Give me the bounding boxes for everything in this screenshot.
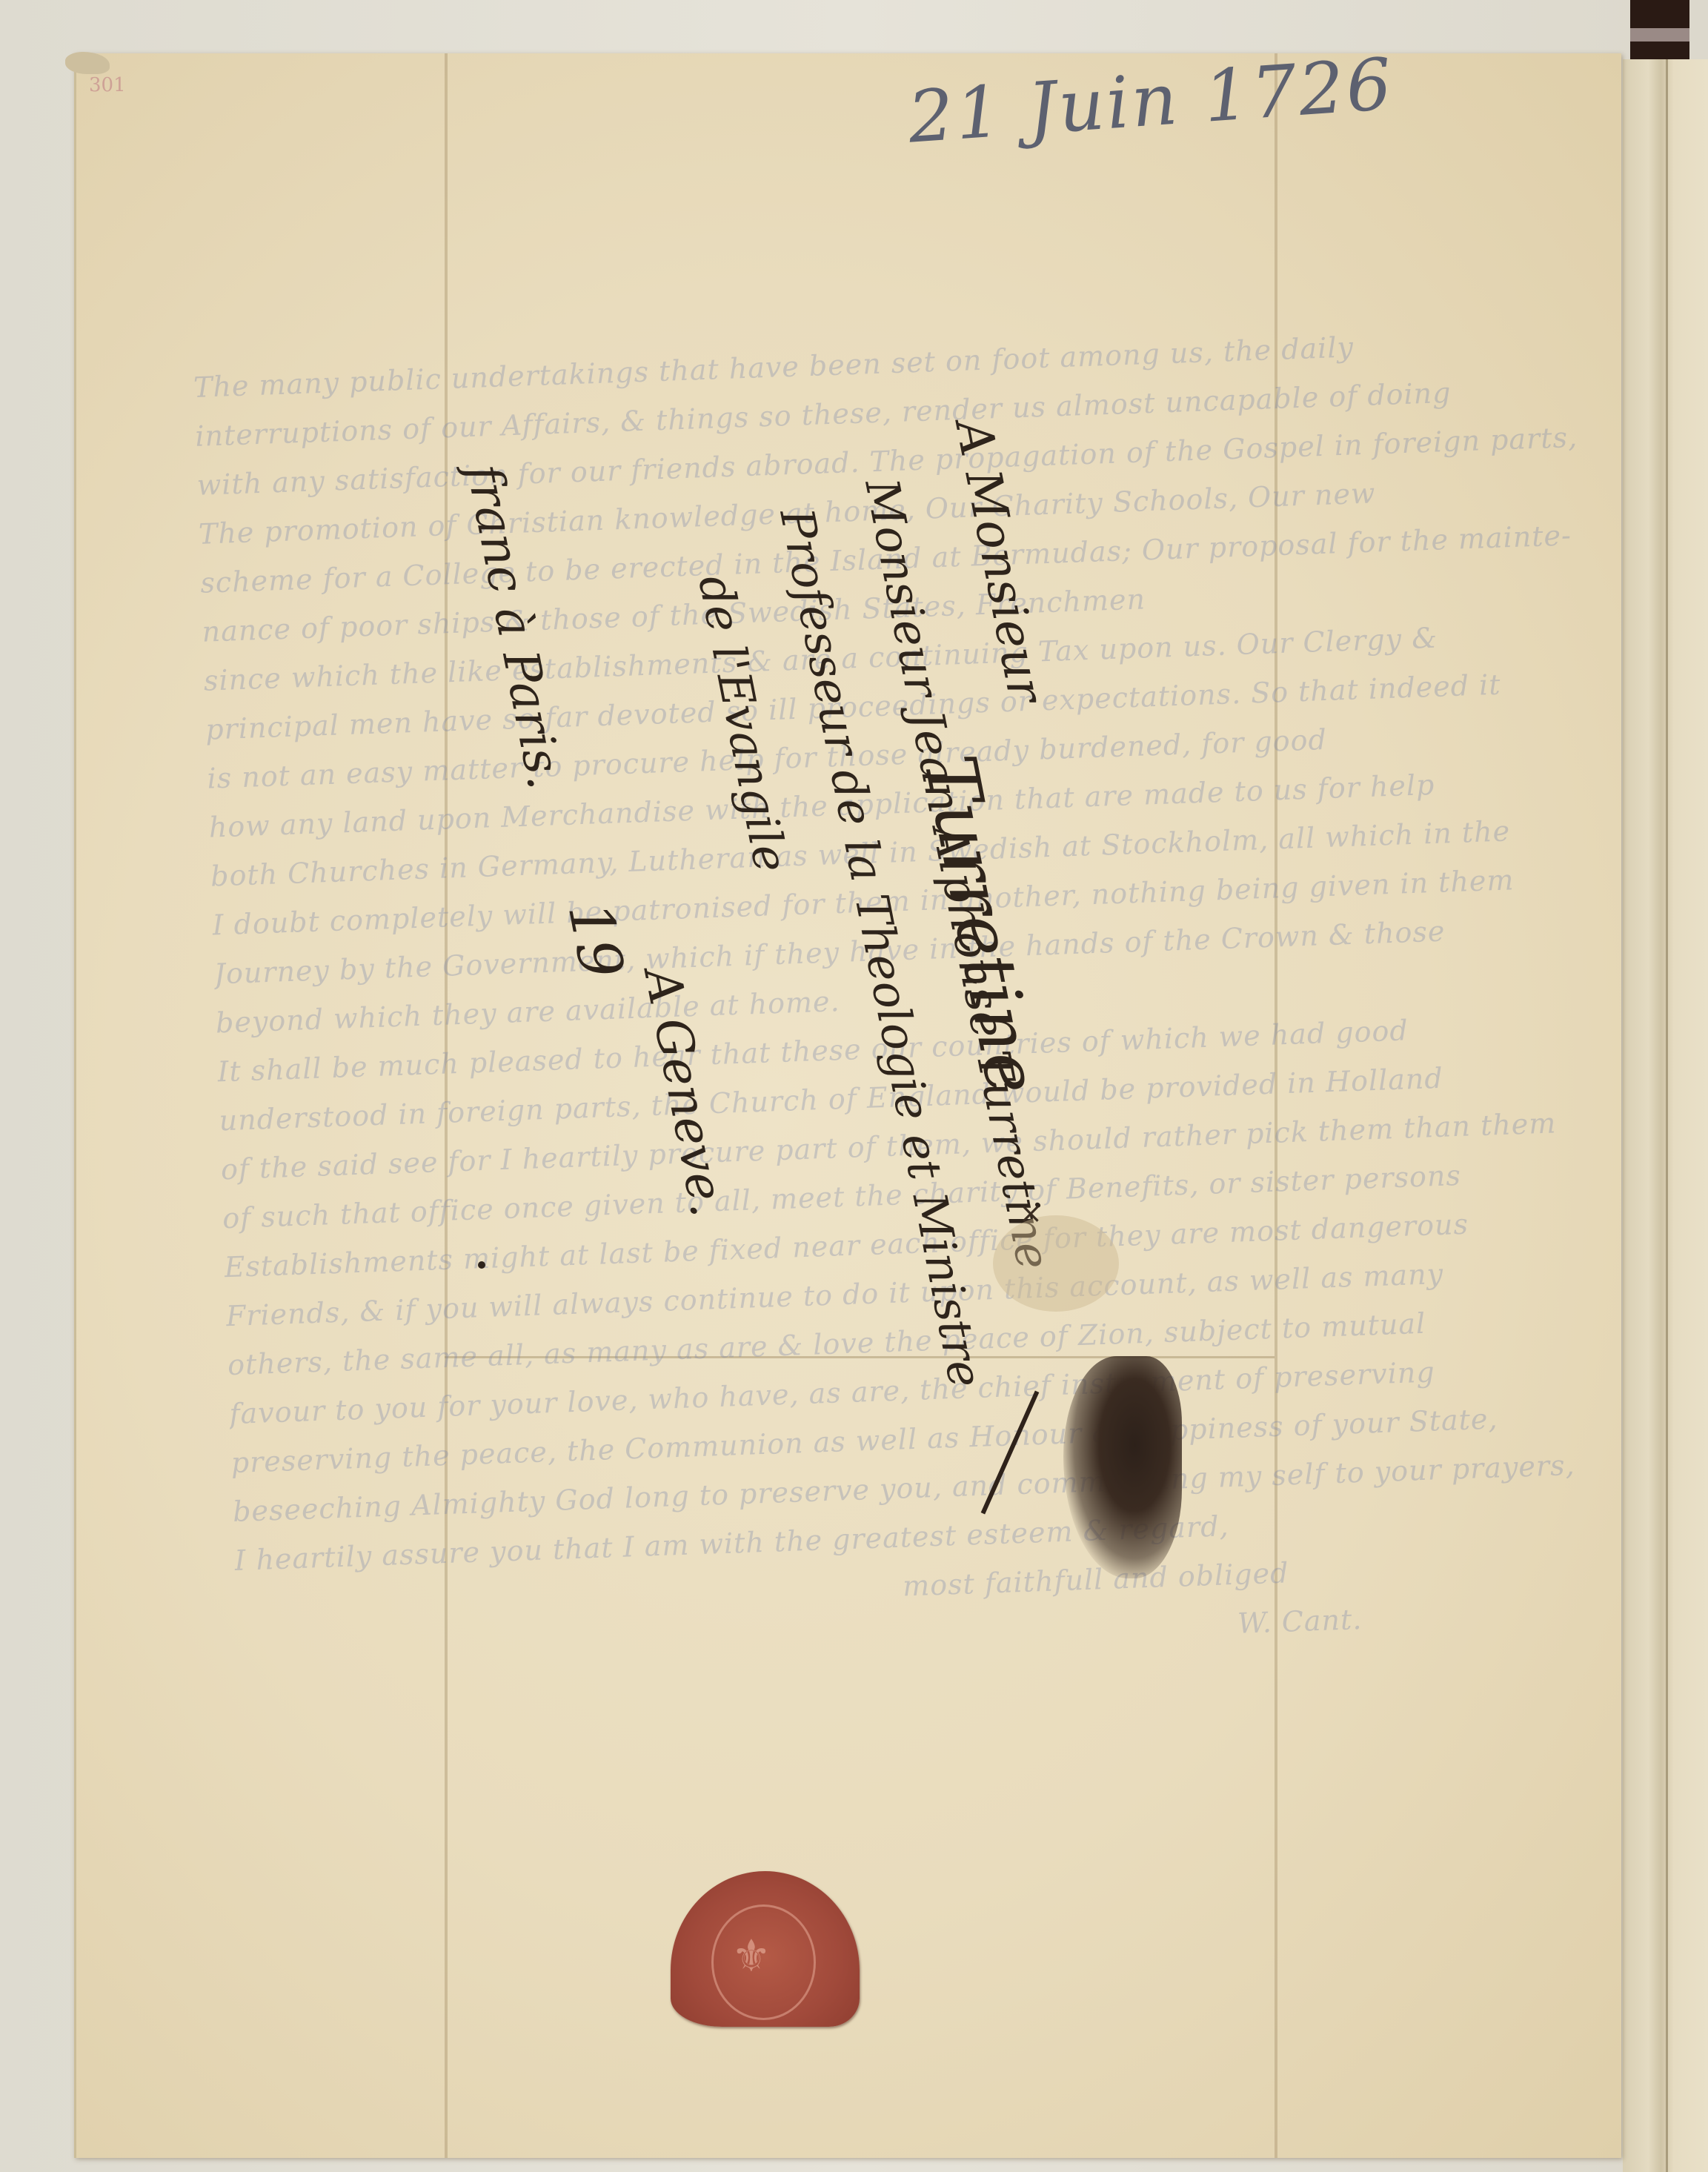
postage-mark: 19 — [555, 897, 637, 984]
folio-number: 301 — [89, 74, 126, 96]
seal-crest-icon: ⚜ — [731, 1930, 771, 1982]
binding-tab — [1630, 0, 1689, 63]
binding-band — [1630, 28, 1689, 41]
ink-dot — [478, 1261, 485, 1269]
water-stain — [993, 1215, 1119, 1312]
cross-mark: × — [1019, 1197, 1043, 1229]
